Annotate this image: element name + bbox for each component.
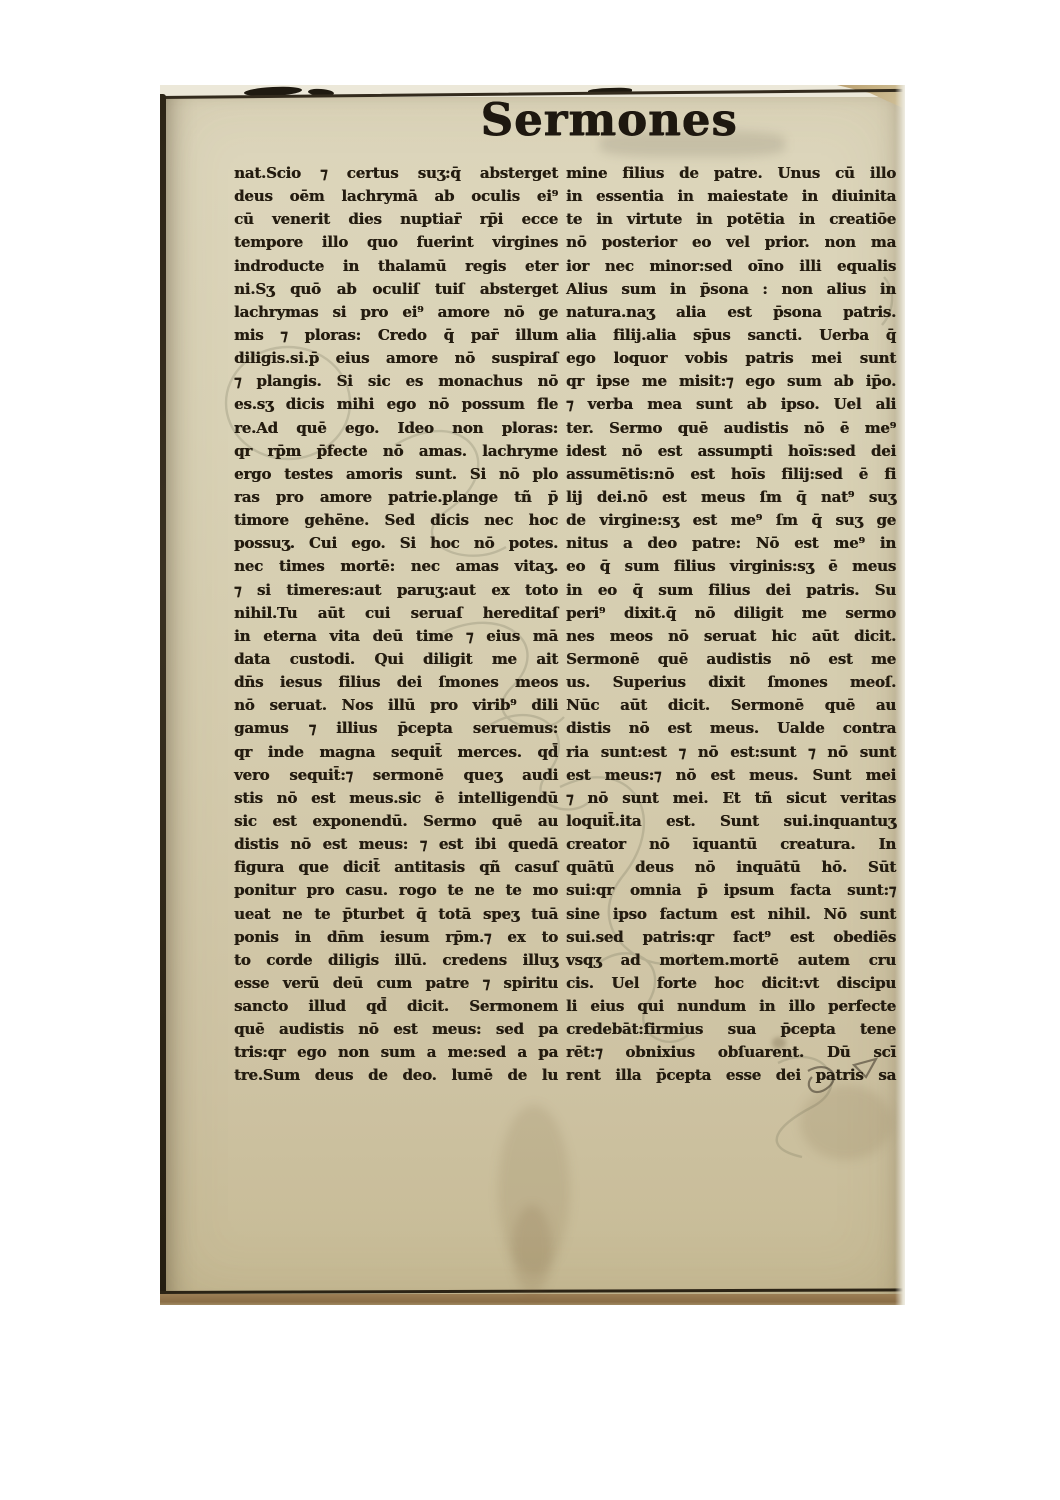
text-line: ueat ne te p̄turbet q̄ totā speʒ tuā [234,903,558,926]
text-line: figura que dicit̄ antitasis qñ casuſ [234,856,558,879]
text-line: assumētis:nō est hoīs filij:sed ē fi [566,463,896,486]
text-line: us. Superius dixit ſmones meoſ. [566,671,896,694]
text-line: data custodi. Qui diligit me ait [234,648,558,671]
text-line: credebāt:firmius sua p̄cepta tene [566,1018,896,1041]
text-line: nō posterior eo vel prior. non ma [566,231,896,254]
text-line: cū venerit dies nuptiar̄ rp̄i ecce [234,208,558,231]
text-line: rēt:⁊ obnixius obſuarent. Dū scī [566,1041,896,1064]
text-line: distis nō est meus: ⁊ est ibi quedā [234,833,558,856]
text-line: rent illa p̄cepta esse dei patris sa [566,1064,896,1087]
text-line: deus oēm lachrymā ab oculis ei⁹ [234,185,558,208]
screenshot-root: { "document": { "title": "Sermones", "co… [0,0,1060,1500]
text-line: quē audistis nō est meus: sed pa [234,1018,558,1041]
text-line: possuʒ. Cui ego. Si hoc nō potes. [234,532,558,555]
text-line: sui:qr omnia p̄ ipsum facta sunt:⁊ [566,879,896,902]
text-line: nō seruat. Nos illū pro virib⁹ dili [234,694,558,717]
text-line: Nūc aūt dicit. Sermonē quē au [566,694,896,717]
text-line: gamus ⁊ illius p̄cepta seruemus: [234,717,558,740]
text-line: ter. Sermo quē audistis nō ē me⁹ [566,417,896,440]
text-line: nec times mortē: nec amas vitaʒ. [234,555,558,578]
text-line: Sermonē quē audistis nō est me [566,648,896,671]
text-line: re.Ad quē ego. Ideo non ploras: [234,417,558,440]
text-line: de virgine:sʒ est me⁹ ſm q̄ suʒ ge [566,509,896,532]
text-line: cis. Uel forte hoc dicit:vt discipu [566,972,896,995]
text-line: ⁊ nō sunt mei. Et tñ sicut veritas [566,787,896,810]
text-line: mine filius de patre. Unus cū illo [566,162,896,185]
text-line: timore gehēne. Sed dicis nec hoc [234,509,558,532]
text-line: in eo q̄ sum filius dei patris. Su [566,579,896,602]
text-column-left: nat.Scio ⁊ certus suʒ:q̄ abstergetdeus o… [234,162,558,1088]
page-edge-right [895,85,905,1305]
book-page: Sermones nat.Scio ⁊ certus suʒ:q̄ abster… [160,85,905,1305]
text-line: in eterna vita deū time ⁊ eius mā [234,625,558,648]
text-block: nat.Scio ⁊ certus suʒ:q̄ abstergetdeus o… [234,162,896,1088]
text-line: sine ipso factum est nihil. Nō sunt [566,903,896,926]
text-line: ego loquor vobis patris mei sunt [566,347,896,370]
text-line: ni.Sʒ quō ab oculiſ tuiſ absterget [234,278,558,301]
page-edge-left [160,94,166,1296]
text-line: mis ⁊ ploras: Credo q̄ par̄ illum [234,324,558,347]
text-line: nihil.Tu aūt cui seruaſ hereditaſ [234,602,558,625]
text-line: dn̄s iesus filius dei ſmones meos [234,671,558,694]
text-line: ior nec minor:sed oīno illi equalis [566,255,896,278]
text-line: nes meos nō seruat hic aūt dicit. [566,625,896,648]
text-line: vero sequit̄:⁊ sermonē queʒ audi [234,764,558,787]
text-line: to corde diligis illū. credens illuʒ [234,949,558,972]
text-line: es.sʒ dicis mihi ego nō possum fle [234,393,558,416]
text-line: distis nō est meus. Ualde contra [566,717,896,740]
text-line: ⁊ plangis. Si sic es monachus nō [234,370,558,393]
text-line: alia filij.alia sp̄us sancti. Uerba q̄ [566,324,896,347]
text-line: in essentia in maiestate in diuinita [566,185,896,208]
text-line: ras pro amore patrie.plange tñ p̄ [234,486,558,509]
text-line: nitus a deo patre: Nō est me⁹ in [566,532,896,555]
text-line: loquit̄.ita est. Sunt sui.inquantuʒ [566,810,896,833]
text-line: tre.Sum deus de deo. lumē de lu [234,1064,558,1087]
text-line: est meus:⁊ nō est meus. Sunt mei [566,764,896,787]
text-line: natura.naʒ alia est p̄sona patris. [566,301,896,324]
text-column-right: mine filius de patre. Unus cū illoin ess… [566,162,896,1088]
text-line: sui.sed patris:qr fact⁹ est obediēs [566,926,896,949]
text-line: ⁊ si timeres:aut paruʒ:aut ex toto [234,579,558,602]
text-line: nat.Scio ⁊ certus suʒ:q̄ absterget [234,162,558,185]
binding-strip [160,1294,905,1305]
text-line: qr rp̄m p̄fecte nō amas. lachryme [234,440,558,463]
text-line: li eius qui nundum in illo perfecte [566,995,896,1018]
text-line: qr ipse me misit:⁊ ego sum ab ip̄o. [566,370,896,393]
text-line: stis nō est meus.sic ē intelligendū [234,787,558,810]
text-line: vsqʒ ad mortem.mortē autem cru [566,949,896,972]
text-line: ria sunt:est ⁊ nō est:sunt ⁊ nō sunt [566,741,896,764]
stain [512,1205,552,1295]
text-line: Alius sum in p̄sona : non alius in [566,278,896,301]
text-line: ergo testes amoris sunt. Si nō plo [234,463,558,486]
text-line: sic est exponendū. Sermo quē au [234,810,558,833]
text-line: ⁊ verba mea sunt ab ipso. Uel ali [566,393,896,416]
text-line: qr inde magna sequit̄ merces. qd̄ [234,741,558,764]
text-line: tempore illo quo fuerint virgines [234,231,558,254]
text-line: ponitur pro casu. rogo te ne te mo [234,879,558,902]
text-line: peri⁹ dixit.q̄ nō diligit me sermo [566,602,896,625]
text-line: esse verū deū cum patre ⁊ spiritu [234,972,558,995]
text-line: creator nō īquantū creatura. In [566,833,896,856]
text-line: idest nō est assumpti hoīs:sed dei [566,440,896,463]
text-line: indroducte in thalamū regis eter [234,255,558,278]
text-line: lij dei.nō est meus ſm q̄ nat⁹ suʒ [566,486,896,509]
text-line: sancto illud qd̄ dicit. Sermonem [234,995,558,1018]
text-line: quātū deus nō inquātū hō. Sūt [566,856,896,879]
page-title: Sermones [459,91,759,149]
text-line: te in virtute in potētia in creatiōe [566,208,896,231]
stain [800,1085,892,1160]
text-line: eo q̄ sum filius virginis:sʒ ē meus [566,555,896,578]
text-line: lachrymas si pro ei⁹ amore nō ge [234,301,558,324]
text-line: ponis in dn̄m iesum rp̄m.⁊ ex to [234,926,558,949]
text-line: diligis.si.p̄ eius amore nō suspiraſ [234,347,558,370]
text-line: tris:qr ego non sum a me:sed a pa [234,1041,558,1064]
